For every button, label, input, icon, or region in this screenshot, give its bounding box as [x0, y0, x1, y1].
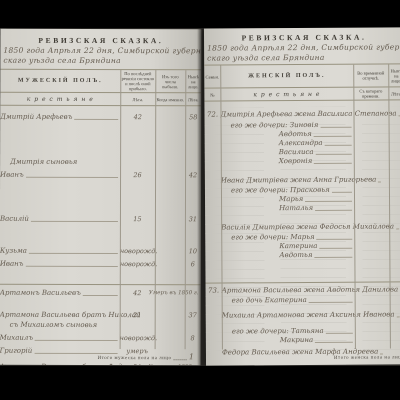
- handwritten-text: Михаила Артамонова жена Аксинья Иванова: [222, 310, 395, 320]
- name-cell: Артамона Васильева жена Авдотья Данилова: [222, 286, 355, 296]
- name-cell: Артамона Васильева братъ Николай: [0, 311, 120, 320]
- family-number-cell: 72.: [204, 108, 220, 120]
- male-column-header: МУЖЕСКІЙ ПОЛЪ.: [0, 70, 120, 92]
- name-cell: Ховронія: [221, 157, 354, 167]
- table-row: его дочь Екатерина: [206, 295, 400, 305]
- name-cell: Иванъ: [0, 171, 120, 180]
- leader-line: [26, 177, 118, 178]
- handwritten-text: новорожд.: [120, 334, 158, 342]
- table-row: Авдотья: [205, 250, 400, 260]
- handwritten-text: съ Михаиломъ сыновья: [10, 321, 97, 330]
- family-number-cell: 73.: [206, 284, 222, 296]
- handwritten-text: 73.: [208, 287, 219, 295]
- handwritten-text: Умеръ въ 1850 г.: [149, 363, 199, 365]
- leader-line: [316, 154, 352, 155]
- name-cell: Василій: [0, 215, 120, 224]
- class-row-label: к р е с т ь я н е: [220, 88, 353, 101]
- table-row: съ Михаиломъ сыновья: [0, 321, 201, 331]
- leader-line: [378, 182, 381, 183]
- handwritten-text: Марья: [279, 195, 303, 204]
- handwritten-text: 26: [133, 171, 141, 179]
- handwritten-text: 42: [134, 113, 142, 121]
- document-photo: РЕВИЗСКАЯ СКАЗКА. 1850 года Апрѣля 22 дн…: [0, 28, 400, 366]
- name-cell: Артамона Васильева брата Федоръ: [0, 363, 120, 366]
- female-table-body: 72.Дмитрія Арефьева жена Василиса Степан…: [204, 106, 400, 357]
- handwritten-text: Григорій: [0, 347, 32, 356]
- male-total-label: Итого мужеска пола на лицо: [98, 356, 172, 361]
- leader-line: [31, 221, 118, 222]
- table-row: Иванъ2642: [0, 168, 201, 181]
- leader-line: [396, 228, 399, 229]
- handwritten-text: Дмитрій Арефьевъ: [0, 113, 72, 122]
- table-row: Ивана Дмитріева жена Анна Григорьева: [205, 175, 400, 185]
- leader-line: [314, 163, 352, 164]
- leader-line: [317, 239, 353, 240]
- handwritten-text: Артамона Васильева жена Авдотья Данилова: [222, 285, 399, 295]
- male-total-value: 1: [189, 352, 195, 361]
- leader-line: [320, 127, 351, 128]
- male-table-subheader: к р е с т ь я н е Лѣта. Когда именно. Лѣ…: [0, 93, 201, 107]
- name-cell: Артамонъ Васильевъ: [0, 289, 120, 298]
- photo-stage: РЕВИЗСКАЯ СКАЗКА. 1850 года Апрѣля 22 дн…: [0, 0, 400, 400]
- handwritten-text: Ховронія: [279, 157, 313, 166]
- name-cell: Михаилъ: [0, 334, 120, 343]
- male-table: МУЖЕСКІЙ ПОЛЪ. По послѣдней ревизіи сост…: [0, 69, 201, 350]
- handwritten-text: Дмитрія сыновья: [10, 158, 77, 167]
- female-column-header: ЖЕНСКІЙ ПОЛЪ.: [220, 65, 353, 88]
- handwritten-text: Иванъ: [0, 171, 24, 180]
- leader-line: [325, 145, 352, 146]
- leader-line: [35, 340, 118, 341]
- handwritten-text: 42: [189, 171, 197, 179]
- table-row: 72.Дмитрія Арефьева жена Василиса Степан…: [204, 106, 400, 119]
- handwritten-text: 6: [191, 260, 195, 268]
- handwritten-header: 1850 года Апрѣля 22 дня, Симбирской губе…: [204, 42, 400, 63]
- handwritten-text: Василій: [0, 215, 29, 224]
- handwritten-text: его дочь Екатерина: [232, 296, 307, 305]
- table-row: Михаилъноворожд.8: [0, 331, 201, 344]
- male-table-body: Дмитрій Арефьевъ4258Дмитрія сыновьяИванъ…: [0, 110, 201, 366]
- years-subheader: Лѣта.: [388, 87, 400, 99]
- handwritten-text: новорожд.: [120, 260, 158, 268]
- handwritten-text: Александра: [279, 139, 323, 148]
- table-row: Макрина: [206, 335, 400, 345]
- male-total-footer: Итого мужеска пола на лицо 1: [98, 352, 195, 361]
- name-cell: его дочь Екатерина: [222, 296, 355, 306]
- table-row: Василій1531: [0, 212, 201, 225]
- handwritten-text: Катерина: [279, 242, 317, 251]
- leader-line: [332, 192, 352, 193]
- leader-line: [315, 210, 352, 211]
- handwritten-header-line1: 1850 года Апрѣля 22 дня, Симбирской губе…: [207, 42, 400, 53]
- handwritten-text: Михаилъ: [0, 334, 33, 343]
- age-previous-cell: новорожд.: [120, 257, 155, 269]
- leader-line: [326, 333, 353, 334]
- table-row: Иванъноворожд.6: [0, 257, 201, 270]
- male-table-header: МУЖЕСКІЙ ПОЛЪ. По послѣдней ревизіи сост…: [0, 70, 201, 94]
- page-title: РЕВИЗСКАЯ СКАЗКА.: [204, 32, 400, 42]
- name-cell: Макрина: [222, 336, 355, 346]
- handwritten-text: Дмитрія Арефьева жена Василиса Степанова: [220, 109, 396, 119]
- handwritten-text: Василиса: [279, 148, 314, 157]
- table-row: Дмитрій Арефьевъ4258: [0, 110, 201, 123]
- leader-line: [319, 248, 352, 249]
- table-row: Кузьмановорожд.10: [0, 244, 201, 257]
- table-row: Василія Дмитріева жена Федосья Михайлова: [205, 222, 400, 232]
- page-title: РЕВИЗСКАЯ СКАЗКА.: [0, 36, 201, 46]
- family-number-header: Семьи.: [204, 66, 220, 88]
- handwritten-text: Авдотья: [279, 130, 312, 139]
- age-previous-cell: новорожд.: [120, 331, 155, 343]
- age-previous-cell: 26: [120, 168, 155, 180]
- handwritten-header-line2: скаго уѣзда села Бряндина: [207, 52, 400, 63]
- handwritten-header: 1850 года Апрѣля 22 дня, Симбирской губе…: [0, 46, 201, 67]
- table-row: Ховронія: [205, 156, 400, 166]
- name-cell: Авдотья: [221, 251, 354, 261]
- departed-cell: Умеръ въ 1850 г.: [155, 285, 185, 298]
- name-cell: Иванъ: [0, 260, 120, 269]
- age-previous-cell: 42: [120, 110, 155, 122]
- table-row: Артамонъ Васильевъ42Умеръ въ 1850 г.: [0, 284, 201, 299]
- handwritten-text: Артамона Васильева брата Федоръ: [0, 363, 136, 366]
- years-subheader: Лѣта.: [120, 93, 155, 105]
- handwritten-text: Наталья: [279, 204, 313, 213]
- name-cell: Ивана Дмитріева жена Анна Григорьева: [221, 176, 354, 186]
- handwritten-text: Иванъ: [0, 260, 23, 269]
- handwritten-text: 72.: [207, 111, 218, 119]
- handwritten-text: Василія Дмитріева жена Федосья Михайлова: [221, 222, 394, 232]
- leader-line: [305, 201, 352, 202]
- prev-revision-header: По послѣдней ревизіи состояло и послѣ он…: [120, 70, 155, 92]
- female-table-subheader: № к р е с т ь я н е Съ котораго времени.…: [204, 87, 400, 101]
- leader-line: [74, 119, 118, 120]
- handwritten-text: Кузьма: [0, 247, 27, 256]
- age-previous-cell: 15: [120, 212, 155, 224]
- name-cell: Дмитрій Арефьевъ: [0, 113, 120, 122]
- leader-line: [397, 316, 400, 317]
- leader-line: [380, 354, 383, 355]
- age-previous-cell: новорожд.: [120, 244, 155, 256]
- table-row: Михаила Артамонова жена Аксинья Иванова: [206, 310, 400, 320]
- handwritten-text: 10: [189, 247, 197, 255]
- leader-line: [314, 136, 352, 137]
- female-total-label: Итого женска пола на лицо: [334, 355, 400, 360]
- handwritten-text: 37: [189, 311, 197, 319]
- name-cell: съ Михаиломъ сыновья: [0, 321, 120, 330]
- leader-line: [309, 302, 353, 303]
- handwritten-header-line1: 1850 года Апрѣля 22 дня, Симбирской губе…: [3, 46, 201, 57]
- handwritten-text: 21: [133, 311, 141, 319]
- handwritten-text: Макрина: [280, 336, 313, 345]
- leader-dots: [174, 359, 187, 360]
- handwritten-text: 8: [191, 334, 195, 342]
- temporary-absence-header: Во временной отлучкѣ.: [353, 64, 388, 86]
- handwritten-text: Артамонъ Васильевъ: [0, 289, 81, 298]
- leader-line: [314, 257, 352, 258]
- female-table-header: Семьи. ЖЕНСКІЙ ПОЛЪ. Во временной отлучк…: [204, 64, 400, 88]
- table-row: 73.Артамона Васильева жена Авдотья Данил…: [206, 281, 400, 295]
- right-page-female: РЕВИЗСКАЯ СКАЗКА. 1850 года Апрѣля 22 дн…: [204, 27, 400, 365]
- name-cell: Василія Дмитріева жена Федосья Михайлова: [221, 223, 354, 233]
- table-row: Дмитрія сыновья: [0, 158, 201, 168]
- handwritten-text: Авдотья: [279, 251, 312, 260]
- handwritten-text: новорожд.: [120, 247, 158, 255]
- family-number-subheader: №: [204, 89, 220, 101]
- leader-line: [25, 266, 117, 267]
- handwritten-header-line2: скаго уѣзда села Бряндина: [3, 56, 201, 67]
- departed-header: Изъ того числа выбыло.: [155, 70, 185, 92]
- table-row: Артамона Васильева братъ Николай2137: [0, 308, 201, 321]
- name-cell: Михаила Артамонова жена Аксинья Иванова: [222, 311, 355, 321]
- table-row: Наталья: [205, 203, 400, 213]
- handwritten-text: 15: [133, 215, 141, 223]
- leader-line: [83, 295, 118, 296]
- leader-line: [315, 342, 353, 343]
- name-cell: Наталья: [221, 204, 354, 214]
- name-cell: Дмитрія Арефьева жена Василиса Степанова: [220, 110, 353, 120]
- handwritten-text: 31: [189, 215, 197, 223]
- handwritten-text: 54: [133, 363, 141, 365]
- class-row-label: к р е с т ь я н е: [0, 93, 120, 105]
- handwritten-text: Умеръ въ 1850 г.: [149, 289, 199, 298]
- female-table: Семьи. ЖЕНСКІЙ ПОЛЪ. Во временной отлучк…: [204, 63, 400, 349]
- when-exactly-subheader: Когда именно.: [155, 93, 185, 105]
- name-cell: Дмитрія сыновья: [0, 158, 120, 167]
- name-cell: Кузьма: [0, 247, 120, 256]
- female-total-footer: Итого женска пола на лицо: [334, 355, 400, 360]
- left-page-male: РЕВИЗСКАЯ СКАЗКА. 1850 года Апрѣля 22 дн…: [0, 29, 201, 366]
- since-when-subheader: Съ котораго времени.: [353, 87, 388, 99]
- now-present-header: Нынѣ на лицо.: [388, 64, 400, 86]
- age-previous-cell: 21: [120, 308, 155, 320]
- leader-line: [29, 253, 118, 254]
- handwritten-text: 42: [133, 289, 141, 297]
